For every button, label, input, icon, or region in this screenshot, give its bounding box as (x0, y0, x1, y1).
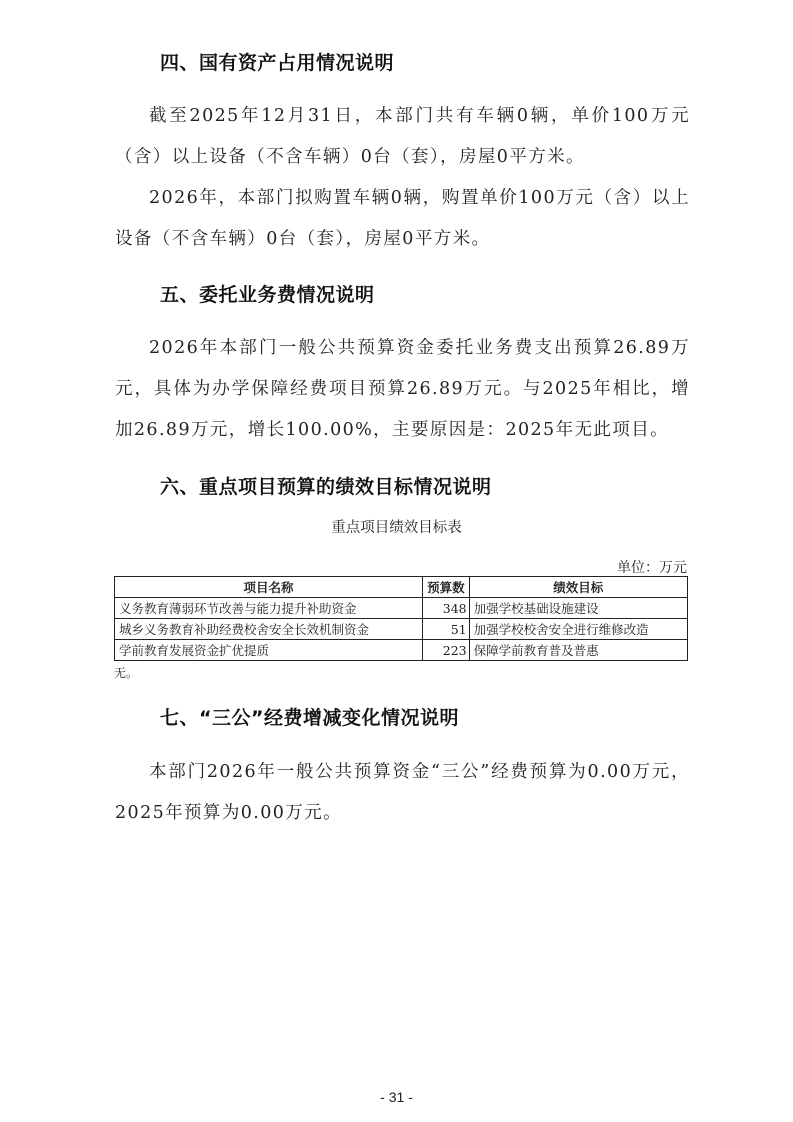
table-row: 城乡义务教育补助经费校舍安全长效机制资金 51 加强学校校舍安全进行维修改造 (115, 619, 688, 640)
table-row: 义务教育薄弱环节改善与能力提升补助资金 348 加强学校基础设施建设 (115, 598, 688, 619)
cell-performance-goal: 保障学前教育普及普惠 (469, 640, 687, 661)
section-heading-three-public-expenses: 七、“三公”经费增减变化情况说明 (160, 703, 459, 730)
section-heading-state-assets: 四、国有资产占用情况说明 (160, 48, 394, 75)
paragraph-assets-current: 截至2025年12月31日，本部门共有车辆0辆，单价100万元（含）以上设备（不… (115, 96, 690, 178)
cell-budget: 51 (423, 619, 470, 640)
paragraph-entrusted-fees: 2026年本部门一般公共预算资金委托业务费支出预算26.89万元，具体为办学保障… (115, 328, 690, 451)
table-note: 无。 (114, 664, 138, 681)
performance-goals-table: 项目名称 预算数 绩效目标 义务教育薄弱环节改善与能力提升补助资金 348 加强… (114, 576, 688, 661)
cell-project-name: 城乡义务教育补助经费校舍安全长效机制资金 (115, 619, 423, 640)
document-page: 四、国有资产占用情况说明 截至2025年12月31日，本部门共有车辆0辆，单价1… (0, 0, 793, 1122)
paragraph-three-public-expenses: 本部门2026年一般公共预算资金“三公”经费预算为0.00万元，2025年预算为… (115, 752, 690, 834)
cell-project-name: 学前教育发展资金扩优提质 (115, 640, 423, 661)
table-row: 学前教育发展资金扩优提质 223 保障学前教育普及普惠 (115, 640, 688, 661)
paragraph-assets-planned: 2026年，本部门拟购置车辆0辆，购置单价100万元（含）以上设备（不含车辆）0… (115, 178, 690, 260)
cell-performance-goal: 加强学校校舍安全进行维修改造 (469, 619, 687, 640)
section-heading-performance-goals: 六、重点项目预算的绩效目标情况说明 (160, 472, 492, 499)
cell-performance-goal: 加强学校基础设施建设 (469, 598, 687, 619)
cell-budget: 348 (423, 598, 470, 619)
section-heading-entrusted-fees: 五、委托业务费情况说明 (160, 280, 375, 307)
header-performance-goal: 绩效目标 (469, 577, 687, 598)
table-unit-label: 单位：万元 (617, 557, 687, 577)
cell-budget: 223 (423, 640, 470, 661)
page-number: - 31 - (0, 1089, 793, 1105)
header-budget: 预算数 (423, 577, 470, 598)
header-project-name: 项目名称 (115, 577, 423, 598)
cell-project-name: 义务教育薄弱环节改善与能力提升补助资金 (115, 598, 423, 619)
table-header-row: 项目名称 预算数 绩效目标 (115, 577, 688, 598)
table-caption: 重点项目绩效目标表 (0, 516, 793, 537)
